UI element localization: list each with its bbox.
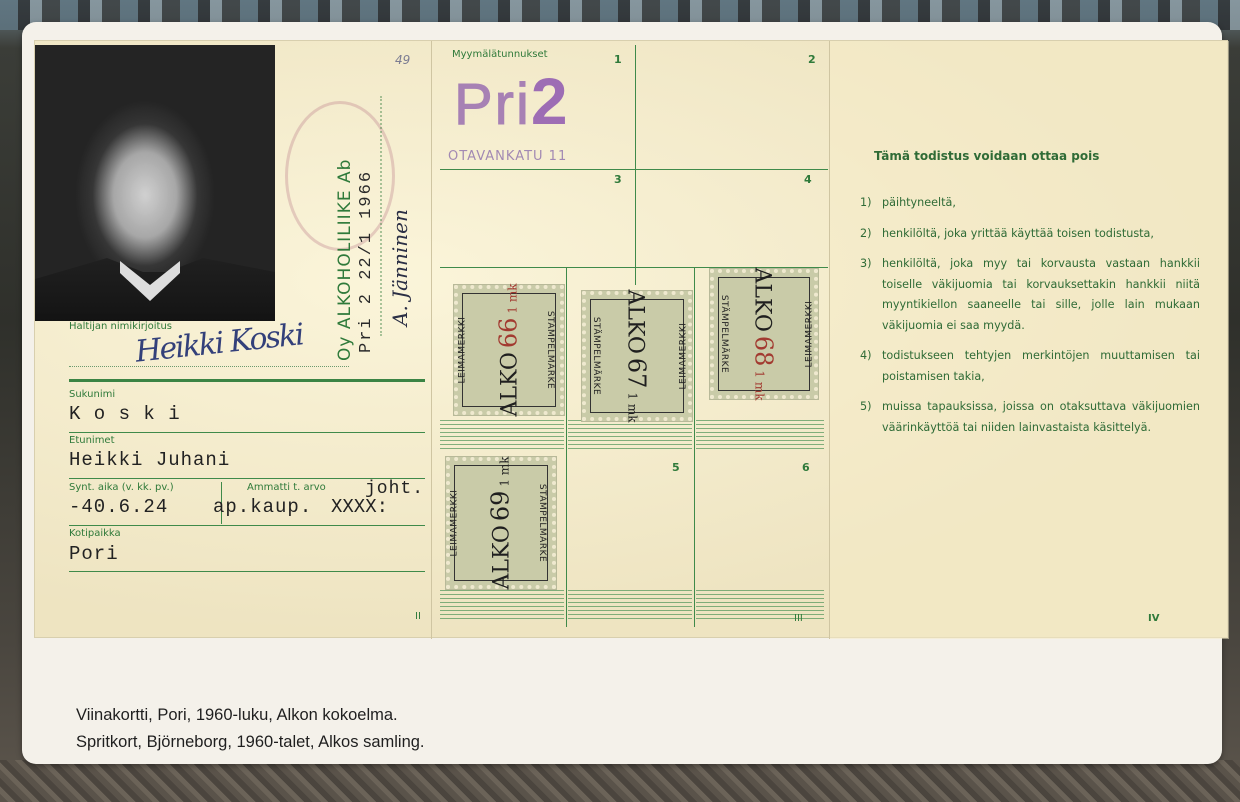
tax-stamp-value: 1 mk bbox=[498, 456, 512, 486]
store-code-stamp: Pri2 bbox=[454, 63, 568, 139]
holder-photo bbox=[35, 45, 275, 321]
tax-stamp-year: 69 bbox=[487, 491, 515, 522]
rule-text: todistukseen tehtyjen merkintöjen muutta… bbox=[882, 346, 1200, 387]
tax-stamp-66: LEIMAMERKKI ALKO 66 1 mk STÄMPELMÄRKE bbox=[454, 285, 564, 415]
tax-stamp-label: LEIMAMERKKI bbox=[679, 323, 689, 390]
birth-date-label: Synt. aika (v. kk. pv.) bbox=[69, 482, 174, 493]
tax-stamp-year: 68 bbox=[750, 336, 778, 367]
cell-number: 5 bbox=[672, 461, 680, 474]
cell-number: 4 bbox=[804, 173, 812, 186]
occupation-value: ap.kaup. bbox=[213, 496, 312, 518]
grid-line bbox=[635, 45, 636, 285]
tax-stamp-label: LEIMAMERKKI bbox=[449, 490, 459, 557]
tax-stamp-brand: ALKO bbox=[490, 525, 515, 589]
tax-stamp-value: 1 mk bbox=[753, 370, 767, 400]
card-section-rules: Tämä todistus voidaan ottaa pois 1)päiht… bbox=[829, 41, 1229, 639]
rule-number: 2) bbox=[860, 224, 882, 245]
tax-stamp-67: STÄMPELMÄRKE ALKO 67 1 mk LEIMAMERKKI bbox=[582, 291, 692, 421]
page-marker: III bbox=[794, 613, 803, 624]
store-address-stamp: OTAVANKATU 11 bbox=[448, 149, 567, 164]
store-code-prefix: Pri bbox=[454, 72, 531, 137]
grid-line bbox=[694, 267, 695, 627]
tax-stamp-69: LEIMAMERKKI ALKO 69 1 mk STÄMPELMÄRKE bbox=[446, 457, 556, 589]
rule-item: 3)henkilöltä, joka myy tai korvausta vas… bbox=[860, 254, 1200, 336]
tax-stamp-label: LEIMAMERKKI bbox=[805, 301, 815, 368]
card-section-store-stamps: Myymälätunnukset Pri2 OTAVANKATU 11 1 2 … bbox=[431, 41, 829, 639]
rule-text: henkilöltä, joka myy tai korvausta vasta… bbox=[882, 254, 1200, 336]
rule-number: 5) bbox=[860, 397, 882, 438]
tax-stamp-label: STÄMPELMÄRKE bbox=[719, 295, 729, 373]
store-codes-heading: Myymälätunnukset bbox=[452, 49, 548, 60]
tax-stamp-value: 1 mk bbox=[626, 392, 640, 422]
first-names-value: Heikki Juhani bbox=[69, 449, 230, 471]
divider bbox=[69, 432, 425, 433]
occupation-struck-text: XXXX: bbox=[331, 496, 388, 518]
tax-stamp-label: LEIMAMERKKI bbox=[457, 317, 467, 384]
hometown-label: Kotipaikka bbox=[69, 528, 121, 539]
tax-stamp-brand: ALKO bbox=[623, 289, 648, 353]
issuer-signature: A. Jänninen bbox=[388, 209, 412, 326]
background-bottom bbox=[0, 760, 1240, 802]
issuer-signature-line: A. Jänninen bbox=[380, 96, 410, 336]
birth-date-value: -40.6.24 bbox=[69, 496, 168, 518]
liquor-card: 49 Oy ALKOHOLILIIKE Ab Pri 2 22/1 1966 A… bbox=[34, 40, 1228, 638]
tax-stamp-label: STÄMPELMÄRKE bbox=[591, 317, 601, 395]
ruled-band bbox=[440, 587, 564, 621]
tax-stamp-label: STÄMPELMÄRKE bbox=[537, 484, 547, 562]
rules-title: Tämä todistus voidaan ottaa pois bbox=[874, 149, 1099, 163]
rule-text: päihtyneeltä, bbox=[882, 193, 1200, 214]
rule-item: 1)päihtyneeltä, bbox=[860, 193, 1200, 214]
card-section-identity: 49 Oy ALKOHOLILIIKE Ab Pri 2 22/1 1966 A… bbox=[35, 41, 431, 639]
tax-stamp-year: 66 bbox=[495, 318, 523, 349]
grid-line bbox=[566, 267, 567, 627]
surname-value: K o s k i bbox=[69, 403, 181, 425]
divider bbox=[69, 571, 425, 572]
rule-text: henkilöltä, joka yrittää käyttää toisen … bbox=[882, 224, 1200, 245]
store-code-number: 2 bbox=[531, 64, 568, 138]
rule-number: 1) bbox=[860, 193, 882, 214]
divider bbox=[69, 525, 425, 526]
ruled-band bbox=[568, 587, 692, 621]
cell-number: 2 bbox=[808, 53, 816, 66]
first-names-label: Etunimet bbox=[69, 435, 115, 446]
issuer-name: Oy ALKOHOLILIIKE Ab bbox=[335, 159, 355, 361]
cell-number: 1 bbox=[614, 53, 622, 66]
rule-text: muissa tapauksissa, joissa on otaksuttav… bbox=[882, 397, 1200, 438]
issue-stamp: Pri 2 22/1 1966 bbox=[357, 170, 376, 353]
ruled-band bbox=[696, 587, 824, 621]
caption-swedish: Spritkort, Björneborg, 1960-talet, Alkos… bbox=[76, 729, 425, 756]
page-marker: II bbox=[415, 611, 421, 622]
rule-item: 2)henkilöltä, joka yrittää käyttää toise… bbox=[860, 224, 1200, 245]
surname-label: Sukunimi bbox=[69, 389, 115, 400]
grid-line bbox=[440, 169, 828, 170]
cell-number: 3 bbox=[614, 173, 622, 186]
tax-stamp-year: 67 bbox=[623, 358, 651, 389]
divider-thick bbox=[69, 379, 425, 382]
signature-dotted-line bbox=[69, 366, 349, 367]
tax-stamp-68: STÄMPELMÄRKE ALKO 68 1 mk LEIMAMERKKI bbox=[710, 269, 818, 399]
tax-stamp-brand: ALKO bbox=[750, 267, 775, 331]
tax-stamp-value: 1 mk bbox=[506, 283, 520, 313]
rules-list: 1)päihtyneeltä, 2)henkilöltä, joka yritt… bbox=[860, 193, 1200, 448]
ruled-band bbox=[696, 417, 824, 451]
card-number: 49 bbox=[395, 53, 410, 67]
rule-number: 4) bbox=[860, 346, 882, 387]
hometown-value: Pori bbox=[69, 543, 119, 565]
ruled-band bbox=[440, 417, 564, 451]
rule-item: 5)muissa tapauksissa, joissa on otaksutt… bbox=[860, 397, 1200, 438]
page-marker: IV bbox=[1148, 613, 1159, 624]
exhibit-caption: Viinakortti, Pori, 1960-luku, Alkon koko… bbox=[76, 702, 425, 756]
tax-stamp-label: STÄMPELMÄRKE bbox=[545, 311, 555, 389]
holder-signature-label: Haltijan nimikirjoitus bbox=[69, 321, 172, 332]
tax-stamp-brand: ALKO bbox=[498, 352, 523, 416]
rule-item: 4)todistukseen tehtyjen merkintöjen muut… bbox=[860, 346, 1200, 387]
cell-number: 6 bbox=[802, 461, 810, 474]
rule-number: 3) bbox=[860, 254, 882, 336]
caption-finnish: Viinakortti, Pori, 1960-luku, Alkon koko… bbox=[76, 702, 425, 729]
occupation-label: Ammatti t. arvo bbox=[247, 482, 326, 493]
